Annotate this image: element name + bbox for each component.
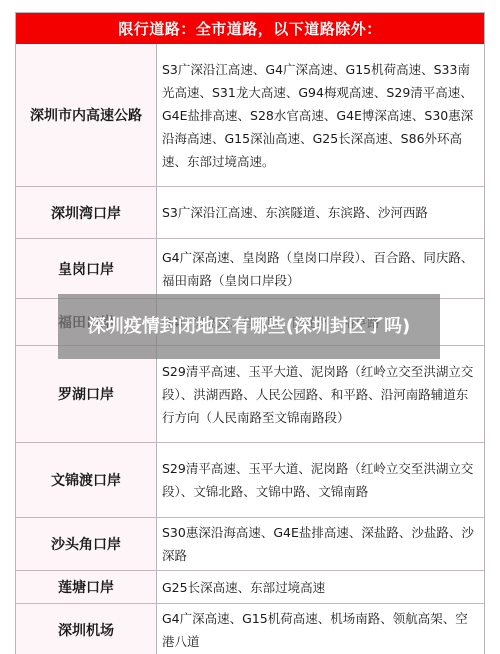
- exempt-roads: G4广深高速、G15机荷高速、机场南路、领航高架、空港八道: [157, 604, 484, 654]
- exempt-roads: S29清平高速、玉平大道、泥岗路（红岭立交至洪湖立交段）、洪湖西路、人民公园路、…: [157, 346, 484, 442]
- table-row: 沙头角口岸 S30惠深沿海高速、G4E盐排高速、深盐路、沙盐路、沙深路: [15, 518, 485, 571]
- table-header: 限行道路：全市道路，以下道路除外：: [15, 12, 485, 44]
- table-row: 皇岗口岸 G4广深高速、皇岗路（皇岗口岸段）、百合路、同庆路、福田南路（皇岗口岸…: [15, 239, 485, 299]
- area-name: 皇岗口岸: [16, 239, 157, 298]
- exempt-roads: S30惠深沿海高速、G4E盐排高速、深盐路、沙盐路、沙深路: [157, 518, 484, 570]
- exempt-roads: G25长深高速、东部过境高速: [157, 571, 484, 603]
- area-name: 深圳机场: [16, 604, 157, 654]
- area-name: 深圳市内高速公路: [16, 44, 157, 186]
- table-row: 罗湖口岸 S29清平高速、玉平大道、泥岗路（红岭立交至洪湖立交段）、洪湖西路、人…: [15, 346, 485, 443]
- area-name: 莲塘口岸: [16, 571, 157, 603]
- area-name: 文锦渡口岸: [16, 443, 157, 517]
- table-row: 深圳市内高速公路 S3广深沿江高速、G4广深高速、G15机荷高速、S33南光高速…: [15, 44, 485, 187]
- table-row: 文锦渡口岸 S29清平高速、玉平大道、泥岗路（红岭立交至洪湖立交段）、文锦北路、…: [15, 443, 485, 518]
- table-row: 深圳湾口岸 S3广深沿江高速、东滨隧道、东滨路、沙河西路: [15, 187, 485, 239]
- area-name: 罗湖口岸: [16, 346, 157, 442]
- exempt-roads: S3广深沿江高速、东滨隧道、东滨路、沙河西路: [157, 187, 484, 238]
- table-row: 莲塘口岸 G25长深高速、东部过境高速: [15, 571, 485, 604]
- exempt-roads: S29清平高速、玉平大道、泥岗路（红岭立交至洪湖立交段）、文锦北路、文锦中路、文…: [157, 443, 484, 517]
- caption-overlay: 深圳疫情封闭地区有哪些(深圳封区了吗): [58, 294, 440, 359]
- area-name: 沙头角口岸: [16, 518, 157, 570]
- table-row: 深圳机场 G4广深高速、G15机荷高速、机场南路、领航高架、空港八道: [15, 604, 485, 654]
- area-name: 深圳湾口岸: [16, 187, 157, 238]
- exempt-roads: G4广深高速、皇岗路（皇岗口岸段）、百合路、同庆路、福田南路（皇岗口岸段）: [157, 239, 484, 298]
- exempt-roads: S3广深沿江高速、G4广深高速、G15机荷高速、S33南光高速、S31龙大高速、…: [157, 44, 484, 186]
